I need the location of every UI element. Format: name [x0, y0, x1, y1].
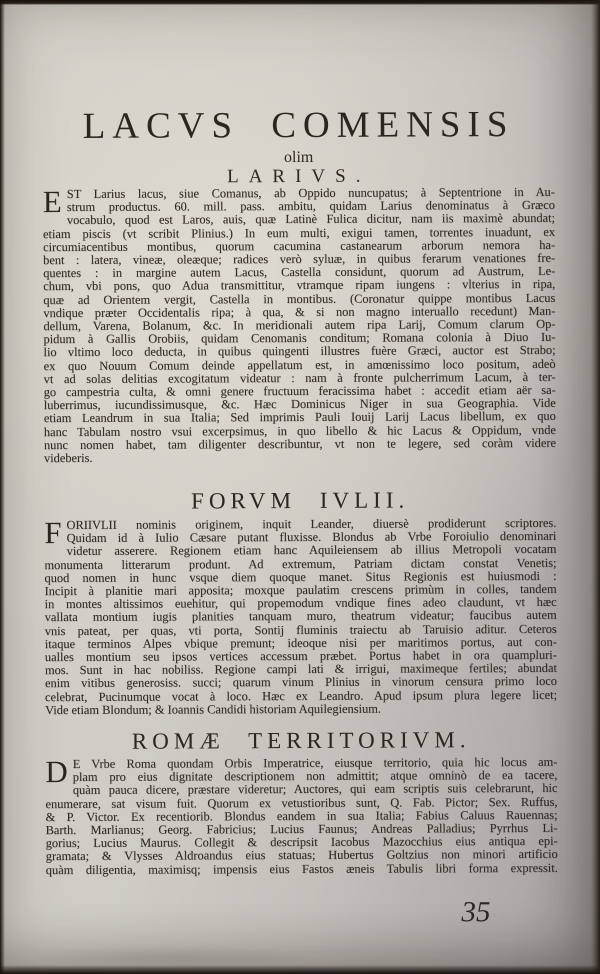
heading-romae-territorium: ROMÆ TERRITORIVM.	[45, 727, 557, 755]
text-line: Vide etiam Blondum; & Ioannis Candidi hi…	[45, 702, 557, 717]
photo-edge-top	[0, 0, 600, 5]
dropcap-f: F	[44, 519, 66, 546]
page-title: LACVS COMENSIS	[42, 105, 554, 147]
book-page-photo: LACVS COMENSIS olim LARIVS. E ST Larius …	[0, 0, 600, 974]
dropcap-d: D	[45, 758, 73, 785]
paragraph-romae-territorium: D E Vrbe Roma quondam Orbis Imperatrice,…	[45, 756, 558, 877]
photo-edge-bottom	[0, 965, 600, 974]
heading-forum-iulii: FORVM IVLII.	[44, 487, 556, 515]
text-line: videberis.	[44, 450, 556, 465]
dropcap-e: E	[43, 188, 67, 215]
paragraph-lacus-comensis: E ST Larius lacus, siue Comanus, ab Oppi…	[43, 186, 556, 465]
paragraph-forum-iulii: F ORIIVLII nominis originem, inquit Lean…	[44, 517, 557, 717]
photo-edge-right	[591, 0, 600, 974]
text-line: quàm diligentia, maximisq; impensis eius…	[46, 861, 558, 876]
photo-edge-left	[0, 0, 5, 974]
text-line: nunc nomen habet, tam diligenter describ…	[44, 437, 556, 452]
page-number: 35	[444, 896, 508, 928]
